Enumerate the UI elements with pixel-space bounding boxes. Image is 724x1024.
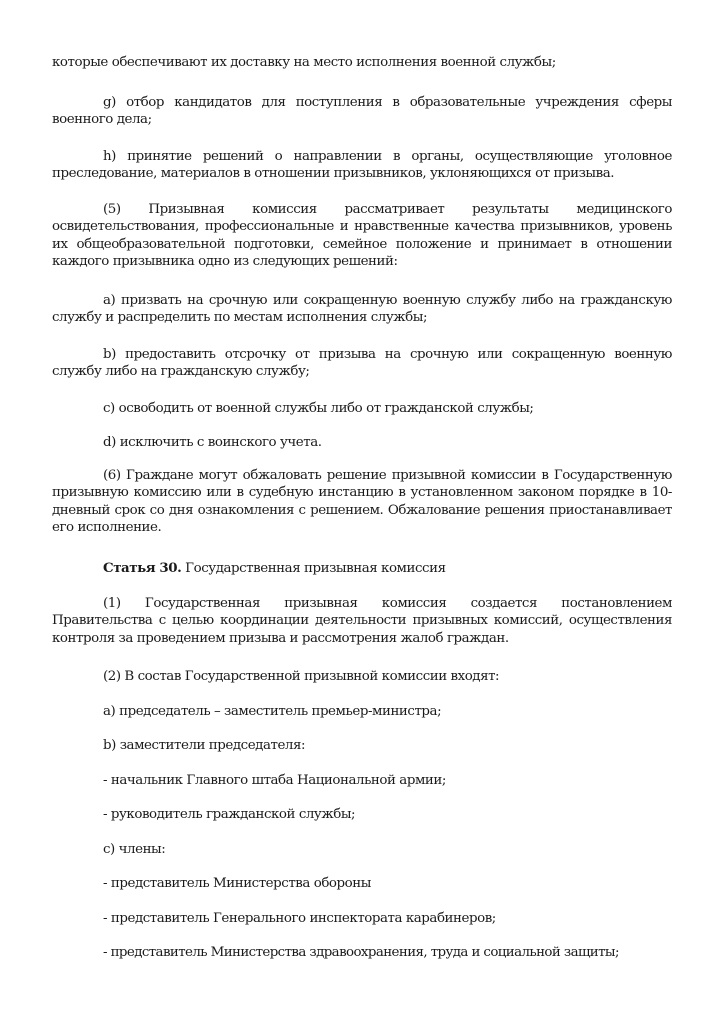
article-list-item: - руководитель гражданской службы; (52, 806, 672, 823)
paragraph-item-g: g) отбор кандидатов для поступления в об… (52, 94, 672, 129)
article-heading: Статья 30. Государственная призывная ком… (52, 560, 672, 577)
article-list-item: - представитель Министерства здравоохран… (52, 944, 672, 961)
paragraph-item-b: b) предоставить отсрочку от призыва на с… (52, 346, 672, 381)
article-item-b: b) заместители председателя: (52, 737, 672, 754)
article-list-item: - начальник Главного штаба Национальной … (52, 772, 672, 789)
article-list-item: - представитель Генерального инспекторат… (52, 910, 672, 927)
paragraph-clause-5: (5) Призывная комиссия рассматривает рез… (52, 201, 672, 271)
paragraph-clause-6: (6) Граждане могут обжаловать решение пр… (52, 467, 672, 537)
paragraph-item-a: a) призвать на срочную или сокращенную в… (52, 292, 672, 327)
article-item-a: a) председатель – заместитель премьер-ми… (52, 703, 672, 720)
article-item-c: c) члены: (52, 841, 672, 858)
paragraph-item-c: c) освободить от военной службы либо от … (52, 400, 672, 417)
paragraph-item-h: h) принятие решений о направлении в орга… (52, 148, 672, 183)
paragraph-continuation: которые обеспечивают их доставку на мест… (52, 54, 672, 71)
article-list-item: - представитель Министерства обороны (52, 875, 672, 892)
article-label: Статья 30. (103, 560, 181, 576)
paragraph-item-d: d) исключить с воинского учета. (52, 434, 672, 451)
article-clause-2: (2) В состав Государственной призывной к… (52, 668, 672, 685)
article-title: Государственная призывная комиссия (181, 561, 445, 576)
article-clause-1: (1) Государственная призывная комиссия с… (52, 595, 672, 647)
